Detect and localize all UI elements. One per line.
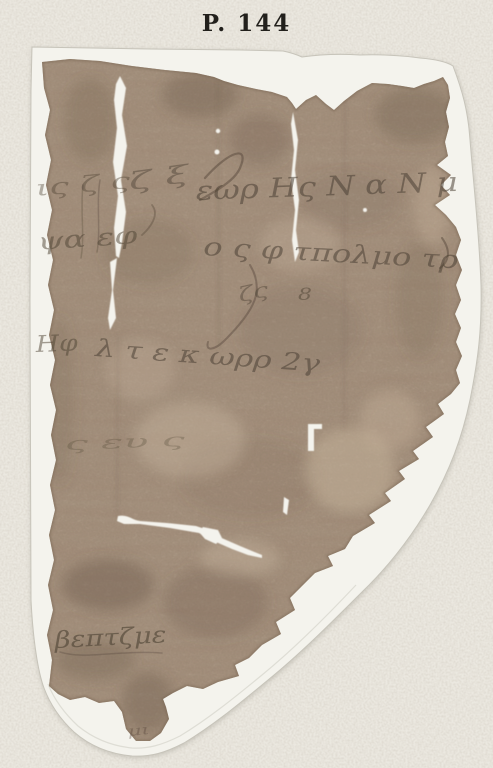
plate-number-label: P. 144 [0,10,493,37]
ink-line: 8 [298,285,312,305]
ink-line: μι [127,722,150,740]
ink-line: ς ευ ς [64,430,187,455]
plate-page: P. 144 [0,0,493,768]
ink-line: Ηφ [34,331,79,359]
papyrus-plate-figure: ις ζ ςζ ξεωρ Ης Ν α Ν μψα εφο ς φ τπολμο… [0,0,493,768]
